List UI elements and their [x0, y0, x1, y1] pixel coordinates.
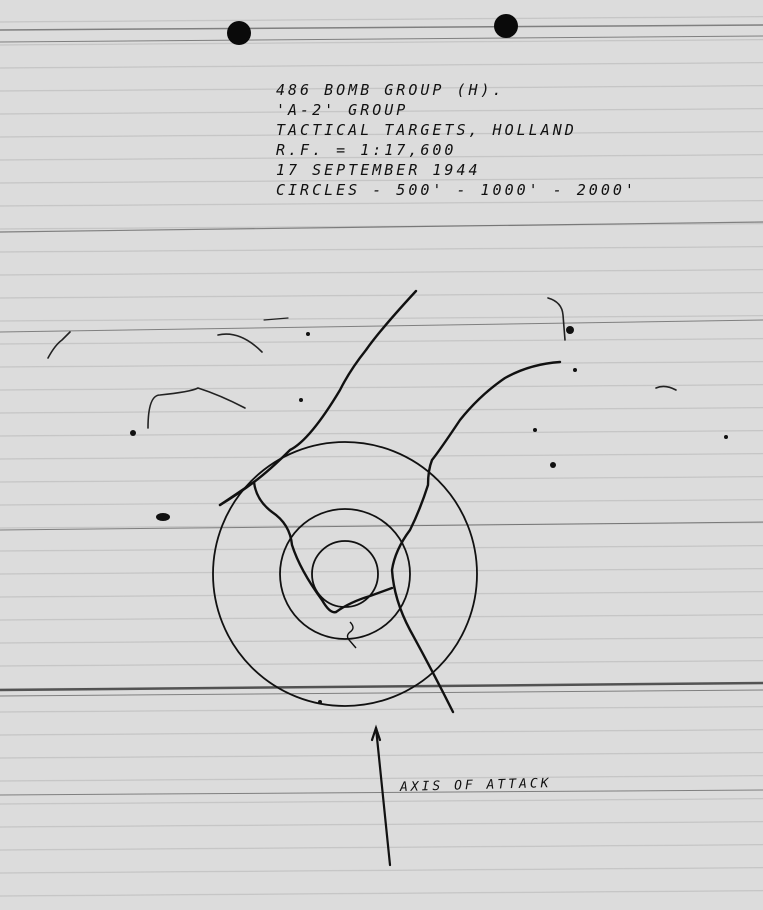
- punch-hole-right: [494, 14, 518, 38]
- circle-1000ft: [280, 509, 410, 639]
- scanned-document: 486 BOMB GROUP (H). 'A-2' GROUP TACTICAL…: [0, 0, 763, 910]
- header-target: TACTICAL TARGETS, HOLLAND: [276, 120, 637, 140]
- axis-of-attack-arrow: [372, 728, 390, 865]
- road-southwest-loop: [254, 482, 336, 612]
- document-header: 486 BOMB GROUP (H). 'A-2' GROUP TACTICAL…: [276, 80, 637, 200]
- feature-squiggle: [348, 622, 357, 648]
- header-circles: CIRCLES - 500' - 1000' - 2000': [276, 180, 637, 200]
- header-scale: R.F. = 1:17,600: [276, 140, 637, 160]
- map-features: [220, 291, 560, 712]
- header-group: 'A-2' GROUP: [276, 100, 637, 120]
- header-unit: 486 BOMB GROUP (H).: [276, 80, 637, 100]
- road-northwest: [220, 291, 416, 505]
- header-date: 17 SEPTEMBER 1944: [276, 160, 637, 180]
- specks: [130, 326, 728, 704]
- stray-marks: [48, 298, 676, 428]
- punch-hole-left: [227, 21, 251, 45]
- road-junction: [220, 482, 254, 505]
- road-east: [392, 362, 560, 712]
